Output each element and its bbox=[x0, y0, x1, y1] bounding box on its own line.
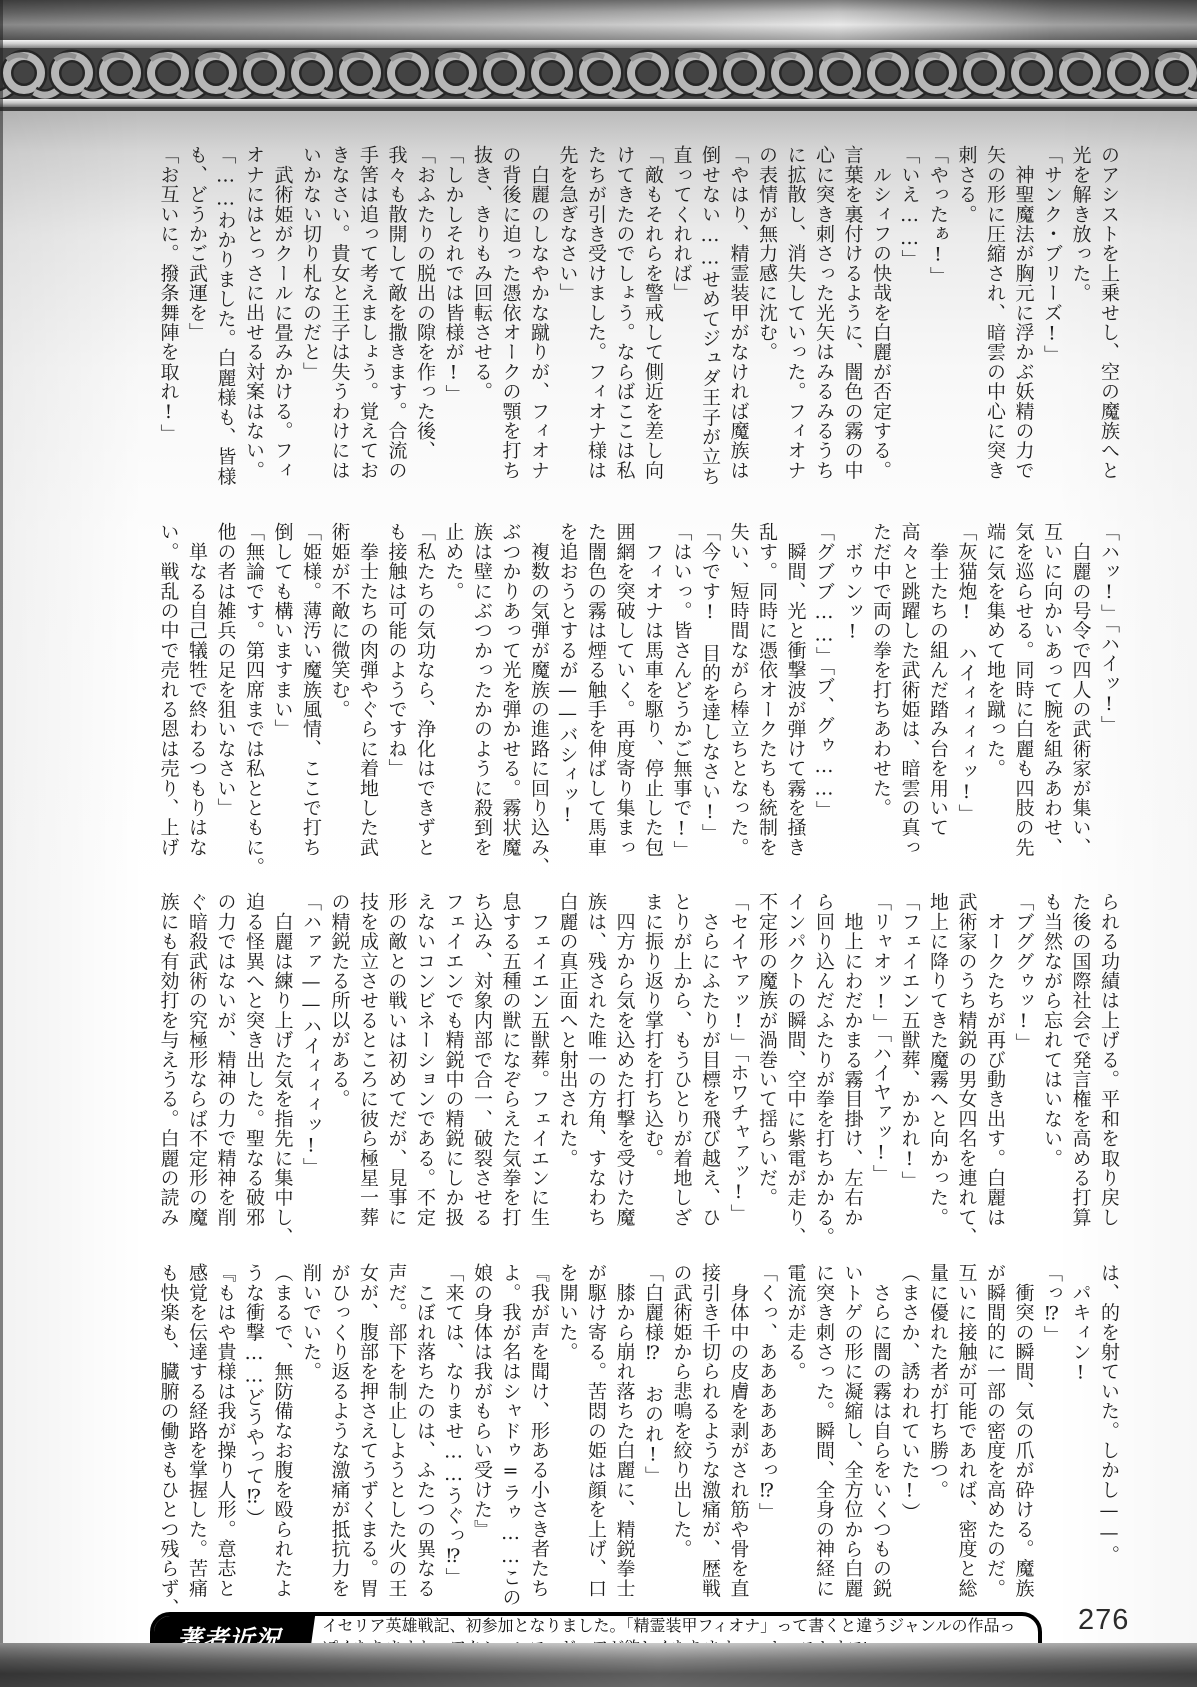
text-column: けてきたのでしょう。ならばここは私 bbox=[610, 145, 639, 481]
page-number: 276 bbox=[1078, 1604, 1129, 1637]
text-column: フェイエンでも精鋭中の精鋭にしか扱 bbox=[439, 892, 468, 1228]
text-column: 抜き、きりもみ回転させる。 bbox=[468, 145, 497, 481]
text-column: ち込み、対象内部で合一、破裂させる bbox=[468, 892, 497, 1228]
text-column: 族は、残された唯一の方角、すなわち bbox=[582, 892, 611, 1228]
text-column: （まるで、無防備なお腹を殴られたよ bbox=[268, 1263, 297, 1599]
text-column: 迫る怪異へと突き出した。聖なる破邪 bbox=[240, 892, 269, 1228]
text-column: 拳士たちの組んだ踏み台を用いて bbox=[924, 522, 953, 858]
text-column: オナにはとっさに出せる対案はない。 bbox=[240, 145, 269, 481]
page-left-edge bbox=[0, 0, 3, 1687]
text-column: 「ハァァ——ハイィィィッ!」 bbox=[297, 892, 326, 1228]
text-column: 気を巡らせる。同時に白麗も四肢の先 bbox=[1009, 522, 1038, 858]
text-column: うな衝撃……どうやって⁉） bbox=[240, 1263, 269, 1599]
bottom-bezel bbox=[0, 1643, 1197, 1687]
text-column: ぐ暗殺武術の究極形ならば不定形の魔 bbox=[183, 892, 212, 1228]
text-column: の力ではないが、精神の力で精神を削 bbox=[211, 892, 240, 1228]
text-column: い。戦乱の中で売れる恩は売り、上げ bbox=[154, 522, 183, 858]
text-column: の表情が無力感に沈む。 bbox=[753, 145, 782, 481]
text-column: 互いに向かいあって腕を組みあわせ、 bbox=[1038, 522, 1067, 858]
text-column: まに振り返り掌打を打ち込む。 bbox=[639, 892, 668, 1228]
text-column: 「敵もそれらを警戒して側近を差し向 bbox=[639, 145, 668, 481]
text-column: 「グブブ……」「ブ、グゥ……」 bbox=[810, 522, 839, 858]
text-column: インパクトの瞬間、空中に紫電が走り、 bbox=[781, 892, 810, 1228]
text-column: 「サンク・ブリーズ!」 bbox=[1038, 145, 1067, 481]
text-column: 「灰猫炮! ハイィィィィッ!」 bbox=[952, 522, 981, 858]
text-column: 「くっ、ああああああっ⁉」 bbox=[753, 1263, 782, 1599]
text-column: 白麗の号令で四人の武術家が集い、 bbox=[1066, 522, 1095, 858]
text-column: 倒せない……せめてジュダ王子が立ち bbox=[696, 145, 725, 481]
text-column: の背後に迫った憑依オークの顎を打ち bbox=[496, 145, 525, 481]
text-column: を追おうとするが——バシィッ! bbox=[553, 522, 582, 858]
text-column: 女が、腹部を押さえてうずくまる。胃 bbox=[354, 1263, 383, 1599]
text-column: ぶつかりあって光を弾かせる。霧状魔 bbox=[496, 522, 525, 858]
text-column: 「白麗様⁉ おのれ!」 bbox=[639, 1263, 668, 1599]
text-column: 「リャオッ!」「ハイヤァッ!」 bbox=[867, 892, 896, 1228]
text-column: ルシィフの快哉を白麗が否定する。 bbox=[867, 145, 896, 481]
text-column: 「お互いに。撥条舞陣を取れ!」 bbox=[154, 145, 183, 481]
text-column: 衝突の瞬間、気の爪が砕ける。魔族 bbox=[1009, 1263, 1038, 1599]
text-column: 「私たちの気功なら、浄化はできずと bbox=[411, 522, 440, 858]
top-bezel bbox=[0, 0, 1197, 40]
text-band-2: 「ハッ!」「ハイッ!」 白麗の号令で四人の武術家が集い、互いに向かいあって腕を組… bbox=[154, 522, 1123, 858]
text-column: 光を解き放った。 bbox=[1066, 145, 1095, 481]
text-column: 地上に降りてきた魔霧へと向かった。 bbox=[924, 892, 953, 1228]
text-column: 「……わかりました。白麗様も、皆様 bbox=[211, 145, 240, 481]
text-column: 「ブググゥッ!」 bbox=[1009, 892, 1038, 1228]
text-column: 武術姫がクールに畳みかける。フィ bbox=[268, 145, 297, 481]
text-column: 武術家のうち精鋭の男女四名を連れて、 bbox=[952, 892, 981, 1228]
text-column: こぼれ落ちたのは、ふたつの異なる bbox=[411, 1263, 440, 1599]
novel-page: のアシストを上乗せし、空の魔族へと光を解き放った。「サンク・ブリーズ!」 神聖魔… bbox=[0, 0, 1197, 1687]
text-column: た後の国際社会で発言権を高める打算 bbox=[1066, 892, 1095, 1228]
text-column: 族は壁にぶつかったかのように殺到を bbox=[468, 522, 497, 858]
text-column: 身体中の皮膚を剥がされ筋や骨を直 bbox=[724, 1263, 753, 1599]
text-column: 息する五種の獣になぞらえた気拳を打 bbox=[496, 892, 525, 1228]
text-column: 「姫様。薄汚い魔族風情、ここで打ち bbox=[297, 522, 326, 858]
text-column: も接触は可能のようですね」 bbox=[382, 522, 411, 858]
text-column: 複数の気弾が魔族の進路に回り込み、 bbox=[525, 522, 554, 858]
text-column: フィオナは馬車を駆り、停止した包 bbox=[639, 522, 668, 858]
text-column: 「ハッ!」「ハイッ!」 bbox=[1095, 522, 1124, 858]
text-column: も当然ながら忘れてはいない。 bbox=[1038, 892, 1067, 1228]
text-column: 「おふたりの脱出の隙を作った後、 bbox=[411, 145, 440, 481]
text-column: 「いえ……」 bbox=[895, 145, 924, 481]
text-column: 族にも有効打を与えうる。白麗の読み bbox=[154, 892, 183, 1228]
text-column: 止めた。 bbox=[439, 522, 468, 858]
text-column: 手筈は追って考えましょう。覚えてお bbox=[354, 145, 383, 481]
text-column: とりが上から、もうひとりが着地しざ bbox=[667, 892, 696, 1228]
text-column: 声だ。部下を制止しようとした火の王 bbox=[382, 1263, 411, 1599]
text-column: 「フェイエン五獣葬、かかれ!」 bbox=[895, 892, 924, 1228]
text-column: 「無論です。第四席までは私とともに。 bbox=[240, 522, 269, 858]
text-column: パキィン! bbox=[1066, 1263, 1095, 1599]
text-band-4: は、的を射ていた。しかし——。 パキィン!「っ⁉」 衝突の瞬間、気の爪が砕ける。… bbox=[154, 1263, 1123, 1599]
text-column: 囲網を突破していく。再度寄り集まっ bbox=[610, 522, 639, 858]
text-column: 膝から崩れ落ちた白麗に、精鋭拳士 bbox=[610, 1263, 639, 1599]
text-column: 『我が声を聞け、形ある小さき者たち bbox=[525, 1263, 554, 1599]
text-column: いかない切り札なのだと」 bbox=[297, 145, 326, 481]
text-column: 矢の形に圧縮され、暗雲の中心に突き bbox=[981, 145, 1010, 481]
frame-divider bbox=[0, 107, 1197, 111]
text-column: 娘の身体は我がもらい受けた』 bbox=[468, 1263, 497, 1599]
text-column: 乱す。同時に憑依オークたちも統制を bbox=[753, 522, 782, 858]
text-column: 白麗は練り上げた気を指先に集中し、 bbox=[268, 892, 297, 1228]
text-band-1: のアシストを上乗せし、空の魔族へと光を解き放った。「サンク・ブリーズ!」 神聖魔… bbox=[154, 145, 1123, 481]
text-band-3: られる功績は上げる。平和を取り戻した後の国際社会で発言権を高める打算も当然ながら… bbox=[154, 892, 1123, 1228]
text-column: 感覚を伝達する経路を掌握した。苦痛 bbox=[183, 1263, 212, 1599]
text-column: ら回り込んだふたりが拳を打ちかかる。 bbox=[810, 892, 839, 1228]
text-column: が駆け寄る。苦悶の姫は顔を上げ、口 bbox=[582, 1263, 611, 1599]
text-column: きなさい。貴女と王子は失うわけには bbox=[325, 145, 354, 481]
text-column: 削いでいた。 bbox=[297, 1263, 326, 1599]
text-column: 「今です! 目的を達しなさい!」 bbox=[696, 522, 725, 858]
text-column: 瞬間、光と衝撃波が弾けて霧を掻き bbox=[781, 522, 810, 858]
text-column: 地上にわだかまる霧目掛け、左右か bbox=[838, 892, 867, 1228]
text-column: たちが引き受けました。フィオナ様は bbox=[582, 145, 611, 481]
text-column: 言葉を裏付けるように、闇色の霧の中 bbox=[838, 145, 867, 481]
text-column: 先を急ぎなさい」 bbox=[553, 145, 582, 481]
text-column: も、どうかご武運を」 bbox=[183, 145, 212, 481]
top-rail-upper bbox=[0, 40, 1197, 48]
text-column: さらにふたりが目標を飛び越え、ひ bbox=[696, 892, 725, 1228]
text-column: の武術姫から悲鳴を絞り出した。 bbox=[667, 1263, 696, 1599]
text-column: に突き刺さった。瞬間、全身の神経に bbox=[810, 1263, 839, 1599]
text-column: 単なる自己犠牲で終わるつもりはな bbox=[183, 522, 212, 858]
text-column: 接引き千切られるような激痛が、歴戦 bbox=[696, 1263, 725, 1599]
text-column: られる功績は上げる。平和を取り戻し bbox=[1095, 892, 1124, 1228]
text-column: 電流が走る。 bbox=[781, 1263, 810, 1599]
text-column: が瞬間的に一部の密度を高めたのだ。 bbox=[981, 1263, 1010, 1599]
text-column: 白麗の真正面へと射出された。 bbox=[553, 892, 582, 1228]
text-column: 拳士たちの肉弾やぐらに着地した武 bbox=[354, 522, 383, 858]
text-column: 失い、短時間ながら棒立ちとなった。 bbox=[724, 522, 753, 858]
text-column: ボゥンッ! bbox=[838, 522, 867, 858]
text-column: よ。我が名はシャドゥ=ラゥ……この bbox=[496, 1263, 525, 1599]
text-column: 神聖魔法が胸元に浮かぶ妖精の力で bbox=[1009, 145, 1038, 481]
text-column: に拡散し、消失していった。フィオナ bbox=[781, 145, 810, 481]
text-column: えないコンビネーションである。不定 bbox=[411, 892, 440, 1228]
text-column: 形の敵との戦いは初めてだが、見事に bbox=[382, 892, 411, 1228]
text-column: た闇色の霧は煙る触手を伸ばして馬車 bbox=[582, 522, 611, 858]
text-column: 「来ては、なりませ……うぐっ⁉」 bbox=[439, 1263, 468, 1599]
text-column: も快楽も、臓腑の働きもひとつ残らず、 bbox=[154, 1263, 183, 1599]
text-column: 刺さる。 bbox=[952, 145, 981, 481]
text-column: を開いた。 bbox=[553, 1263, 582, 1599]
text-column: ただ中で両の拳を打ちあわせた。 bbox=[867, 522, 896, 858]
text-column: 白麗のしなやかな蹴りが、フィオナ bbox=[525, 145, 554, 481]
text-column: 量に優れた者が打ち勝つ。 bbox=[924, 1263, 953, 1599]
text-column: の精鋭たる所以がある。 bbox=[325, 892, 354, 1228]
text-column: 「やはり、精霊装甲がなければ魔族は bbox=[724, 145, 753, 481]
top-rail-lower bbox=[0, 99, 1197, 107]
text-column: がひっくり返るような激痛が抵抗力を bbox=[325, 1263, 354, 1599]
text-column: 技を成立させるところに彼ら極星一葬 bbox=[354, 892, 383, 1228]
text-column: さらに闇の霧は自らをいくつもの鋭 bbox=[867, 1263, 896, 1599]
text-column: 不定形の魔族が渦巻いて揺らいだ。 bbox=[753, 892, 782, 1228]
text-column: （まさか、誘われていた!） bbox=[895, 1263, 924, 1599]
text-column: は、的を射ていた。しかし——。 bbox=[1095, 1263, 1124, 1599]
celtic-knot-border-icon bbox=[0, 48, 1197, 99]
text-column: フェイエン五獣葬。フェイエンに生 bbox=[525, 892, 554, 1228]
text-column: オークたちが再び動き出す。白麗は bbox=[981, 892, 1010, 1228]
text-column: のアシストを上乗せし、空の魔族へと bbox=[1095, 145, 1124, 481]
text-column: 心に突き刺さった光矢はみるみるうち bbox=[810, 145, 839, 481]
text-column: 他の者は雑兵の足を狙いなさい」 bbox=[211, 522, 240, 858]
text-column: 「しかしそれでは皆様が!」 bbox=[439, 145, 468, 481]
text-column: 「っ⁉」 bbox=[1038, 1263, 1067, 1599]
text-column: 「やったぁ!」 bbox=[924, 145, 953, 481]
text-column: 倒しても構いますまい」 bbox=[268, 522, 297, 858]
text-column: 「セイヤァッ!」「ホワチャァッ!」 bbox=[724, 892, 753, 1228]
text-column: 我々も散開して敵を撒きます。合流の bbox=[382, 145, 411, 481]
text-column: 『もはや貴様は我が操り人形。意志と bbox=[211, 1263, 240, 1599]
text-column: 直ってくれれば」 bbox=[667, 145, 696, 481]
text-column: 高々と跳躍した武術姫は、暗雲の真っ bbox=[895, 522, 924, 858]
text-column: 互いに接触が可能であれば、密度と総 bbox=[952, 1263, 981, 1599]
text-column: 術姫が不敵に微笑む。 bbox=[325, 522, 354, 858]
text-column: いトゲの形に凝縮し、全方位から白麗 bbox=[838, 1263, 867, 1599]
text-column: 端に気を集めて地を蹴った。 bbox=[981, 522, 1010, 858]
text-column: 「はいっ。皆さんどうかご無事で!」 bbox=[667, 522, 696, 858]
text-column: 四方から気を込めた打撃を受けた魔 bbox=[610, 892, 639, 1228]
